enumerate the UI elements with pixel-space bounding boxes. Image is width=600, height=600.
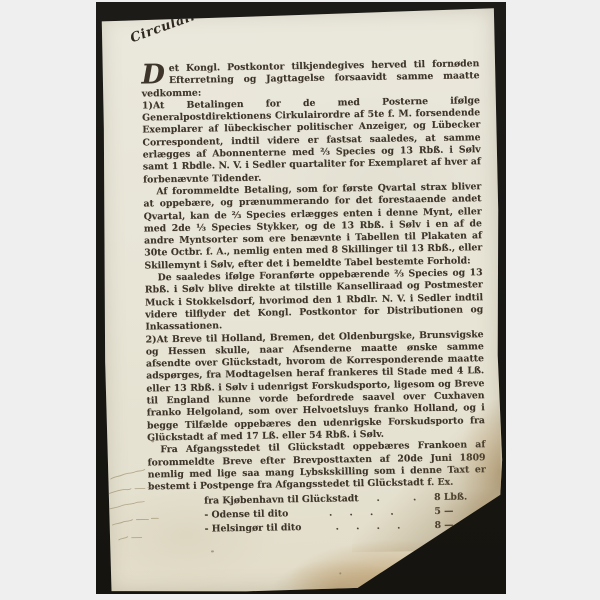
paragraph-payment: Af forommeldte Betaling, som for første … [143,181,482,272]
intro-text: et Kongl. Postkontor tilkjendegives herv… [142,58,480,99]
stamp-swash-line [213,0,265,7]
document-paper: Circulaire. Det Kongl. Postkontor tilkje… [98,6,504,594]
paper-speck [339,572,341,574]
dot-leader: . . . . [288,506,434,521]
item-2-number: 2) [146,334,157,346]
paragraph-franko: Fra Afgangsstedet til Glückstadt oppebær… [147,439,486,493]
intro-paragraph: Det Kongl. Postkontor tilkjendegives her… [141,58,480,100]
item-2: 2)At Breve til Holland, Bremen, det Olde… [146,329,486,445]
rate-table: fra Kjøbenhavn til Glückstadt . . 8 Lbß.… [148,492,487,539]
paper-speck [151,439,154,442]
rate-route: - Odense til dito [204,509,288,523]
document-body: Det Kongl. Postkontor tilkjendegives her… [141,58,486,539]
circulaire-stamp-label: Circulaire. [128,3,212,46]
item-1-number: 1) [142,100,153,112]
paper-speck [433,307,435,309]
dot-leader: . . [358,492,434,505]
dot-leader: . . . . [301,520,434,534]
rate-value: 5 — [434,506,486,519]
photo-background: Circulaire. Det Kongl. Postkontor tilkje… [96,2,506,594]
rate-value: 8 Lbß. [434,492,486,505]
rate-value: 8 — [434,520,486,533]
rate-row-helsingor: - Helsingør til dito . . . . 8 — [205,520,487,538]
paper-speck [211,550,214,552]
rate-route: - Helsingør til dito [205,522,302,536]
drop-cap: D [141,63,169,86]
circulaire-stamp: Circulaire. [128,0,268,46]
item-2-text: At Breve til Holland, Bremen, det Oldenb… [146,329,485,444]
rate-route: fra Kjøbenhavn til Glückstadt [204,494,359,509]
item-1: 1)At Betalingen for de med Posterne iføl… [142,95,481,186]
paragraph-remittance: De saaledes ifølge Foranførte oppebærend… [145,267,484,334]
item-1-text: At Betalingen for de med Posterne ifølge… [142,95,481,185]
handwritten-marginalia [100,461,187,554]
